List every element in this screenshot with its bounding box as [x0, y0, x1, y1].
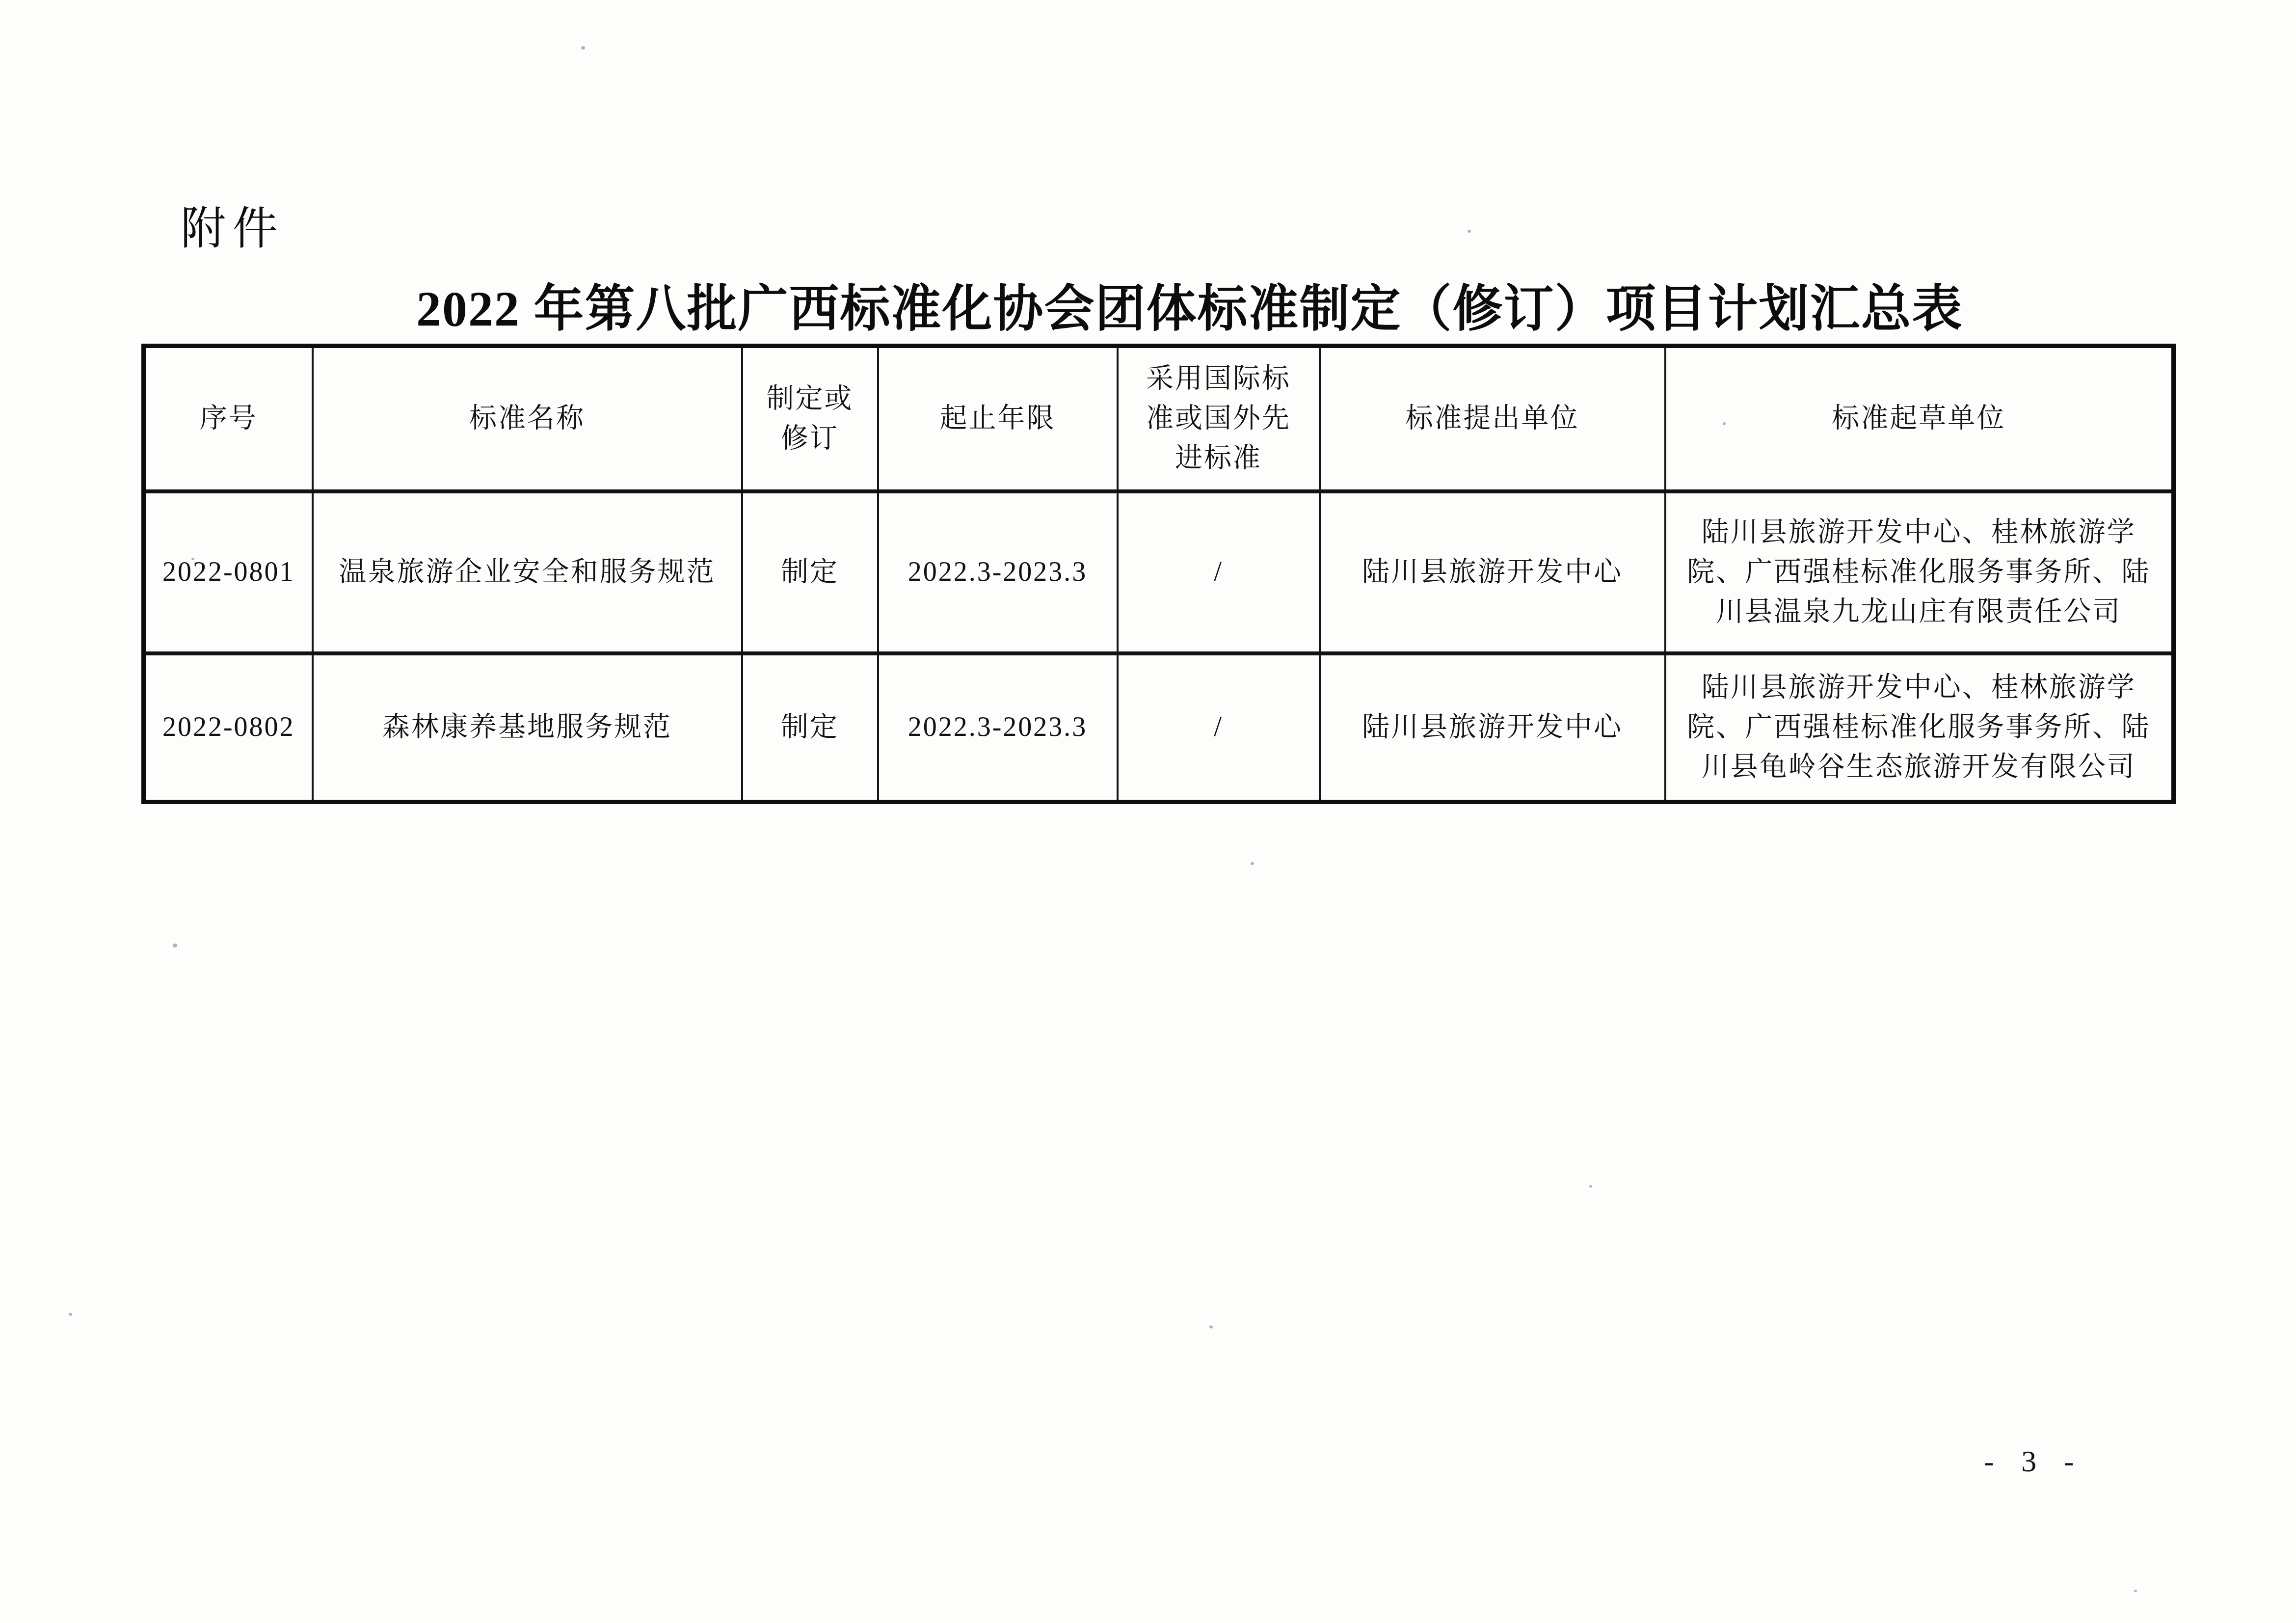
scan-speck: [173, 944, 177, 947]
scan-speck: [69, 1313, 72, 1316]
table-row: 2022-0802 森林康养基地服务规范 制定 2022.3-2023.3 / …: [144, 653, 2174, 802]
header-cell-standard-name: 标准名称: [313, 346, 742, 491]
scanned-page: 附件 2022 年第八批广西标准化协会团体标准制定（修订）项目计划汇总表 序号 …: [0, 0, 2296, 1623]
scan-speck: [1589, 1185, 1592, 1188]
cell-international: /: [1118, 653, 1320, 802]
table-header-row: 序号 标准名称 制定或 修订 起止年限 采用国际标 准或国外先 进标准 标准提出…: [144, 346, 2174, 491]
document-title: 2022 年第八批广西标准化协会团体标准制定（修订）项目计划汇总表: [416, 269, 2036, 341]
scan-speck: [581, 46, 585, 50]
cell-standard-name: 温泉旅游企业安全和服务规范: [313, 491, 742, 653]
header-cell-drafting-unit: 标准起草单位: [1665, 346, 2174, 491]
attachment-label: 附件: [181, 192, 285, 257]
header-cell-years: 起止年限: [878, 346, 1118, 491]
cell-proposing-unit: 陆川县旅游开发中心: [1320, 491, 1665, 653]
scan-speck: [1468, 230, 1471, 233]
scan-speck: [1209, 1325, 1213, 1328]
table-row: 2022-0801 温泉旅游企业安全和服务规范 制定 2022.3-2023.3…: [144, 491, 2174, 653]
cell-serial: 2022-0802: [144, 653, 313, 802]
cell-international: /: [1118, 491, 1320, 653]
cell-type: 制定: [742, 653, 878, 802]
scan-speck: [1723, 422, 1726, 425]
header-cell-serial: 序号: [144, 346, 313, 491]
scan-speck: [1251, 862, 1254, 865]
cell-years: 2022.3-2023.3: [878, 491, 1118, 653]
scan-speck: [2134, 1590, 2137, 1592]
cell-years: 2022.3-2023.3: [878, 653, 1118, 802]
cell-type: 制定: [742, 491, 878, 653]
cell-proposing-unit: 陆川县旅游开发中心: [1320, 653, 1665, 802]
cell-drafting-unit: 陆川县旅游开发中心、桂林旅游学 院、广西强桂标准化服务事务所、陆 川县温泉九龙山…: [1665, 491, 2174, 653]
header-cell-international: 采用国际标 准或国外先 进标准: [1118, 346, 1320, 491]
header-cell-proposing-unit: 标准提出单位: [1320, 346, 1665, 491]
header-cell-type: 制定或 修订: [742, 346, 878, 491]
cell-serial: 2022-0801: [144, 491, 313, 653]
cell-drafting-unit: 陆川县旅游开发中心、桂林旅游学 院、广西强桂标准化服务事务所、陆 川县龟岭谷生态…: [1665, 653, 2174, 802]
page-number: - 3 -: [1984, 1444, 2083, 1479]
standards-plan-table: 序号 标准名称 制定或 修订 起止年限 采用国际标 准或国外先 进标准 标准提出…: [141, 344, 2176, 804]
cell-standard-name: 森林康养基地服务规范: [313, 653, 742, 802]
scan-speck: [191, 558, 194, 560]
